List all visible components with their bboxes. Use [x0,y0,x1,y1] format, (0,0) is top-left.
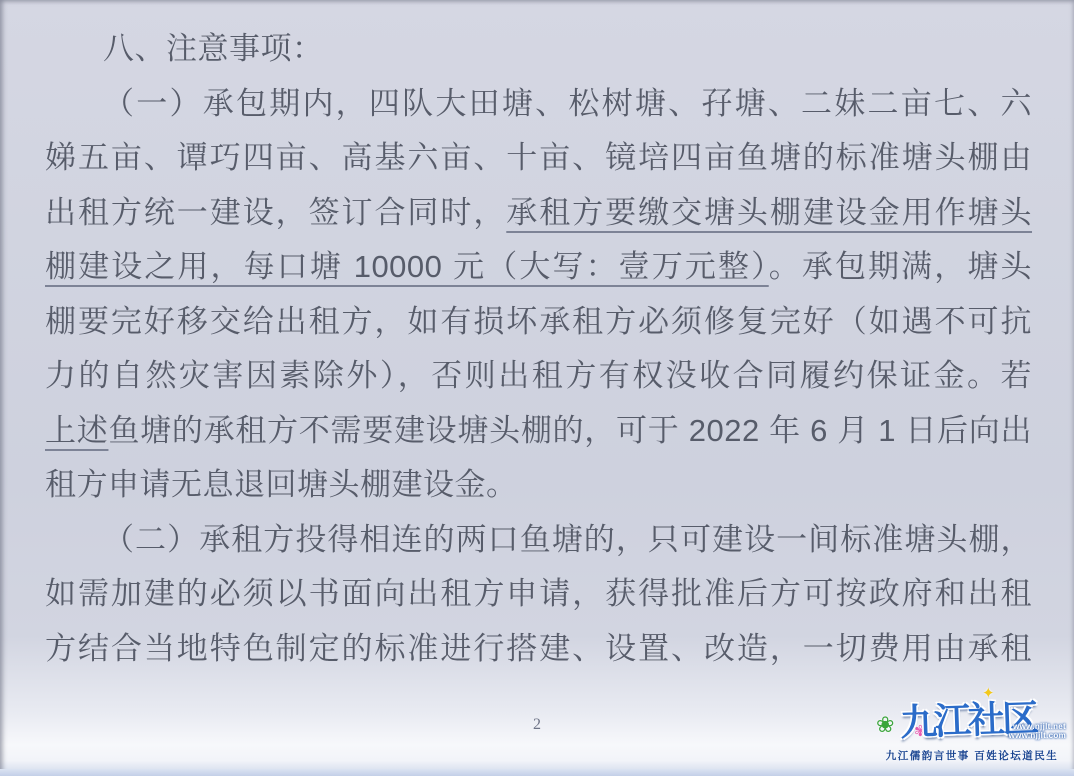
underlined-text-segment: 承租方要缴交塘头棚建设金用作塘头 [506,195,1032,230]
watermark-url: www.njjlt.com [1009,731,1066,740]
watermark-logo: ❀ ✾ ✦ 九江社区 www.njjlt.net www.njjlt.com 九… [874,688,1070,772]
paragraph-2-line: 如需加建的必须以书面向出租方申请，获得批准后方可按政府和出租 [45,567,1032,622]
scanned-page-photo: 八、注意事项： （一）承包期内，四队大田塘、松树塘、孖塘、二妹二亩七、六 娣五亩… [0,0,1074,776]
underlined-text-segment: 棚建设之用，每口塘 10000 元（大写：壹万元整） [45,249,769,284]
paragraph-1-line: （一）承包期内，四队大田塘、松树塘、孖塘、二妹二亩七、六 [45,77,1032,132]
watermark-url: www.njjlt.net [1009,722,1066,731]
paragraph-1-line: 出租方统一建设，签订合同时，承租方要缴交塘头棚建设金用作塘头 [45,186,1032,241]
paragraph-2-line: （二）承租方投得相连的两口鱼塘的，只可建设一间标准塘头棚， [45,513,1032,568]
paragraph-1-line: 娣五亩、谭巧四亩、高基六亩、十亩、镜培四亩鱼塘的标准塘头棚由 [45,131,1032,186]
paragraph-1-line: 上述鱼塘的承租方不需要建设塘头棚的，可于 2022 年 6 月 1 日后向出 [45,404,1032,459]
underlined-text-segment: 上述 [45,413,108,448]
flower-icon: ❀ [876,712,894,738]
watermark-urls: www.njjlt.net www.njjlt.com [1009,722,1066,740]
watermark-brand-row: ❀ ✾ ✦ 九江社区 www.njjlt.net www.njjlt.com [874,688,1070,746]
text-segment: 出租方统一建设，签订合同时， [45,195,506,230]
contract-text-block: 八、注意事项： （一）承包期内，四队大田塘、松树塘、孖塘、二妹二亩七、六 娣五亩… [45,22,1032,676]
paragraph-1-line: 租方申请无息退回塘头棚建设金。 [45,458,1032,513]
section-heading: 八、注意事项： [45,22,1032,77]
paragraph-1-line: 棚要完好移交给出租方，如有损坏承租方必须修复完好（如遇不可抗 [45,295,1032,350]
paragraph-1-line: 力的自然灾害因素除外），否则出租方有权没收合同履约保证金。若 [45,349,1032,404]
text-segment: 鱼塘的承租方不需要建设塘头棚的，可于 2022 年 6 月 1 日后向出 [108,413,1032,448]
watermark-tagline: 九江儒韵言世事 百姓论坛道民生 [874,748,1070,763]
paragraph-2-line: 方结合当地特色制定的标准进行搭建、设置、改造，一切费用由承租 [45,622,1032,677]
text-segment: 。承包期满，塘头 [769,249,1032,284]
photo-bottom-edge [0,769,1074,776]
paragraph-1-line: 棚建设之用，每口塘 10000 元（大写：壹万元整）。承包期满，塘头 [45,240,1032,295]
